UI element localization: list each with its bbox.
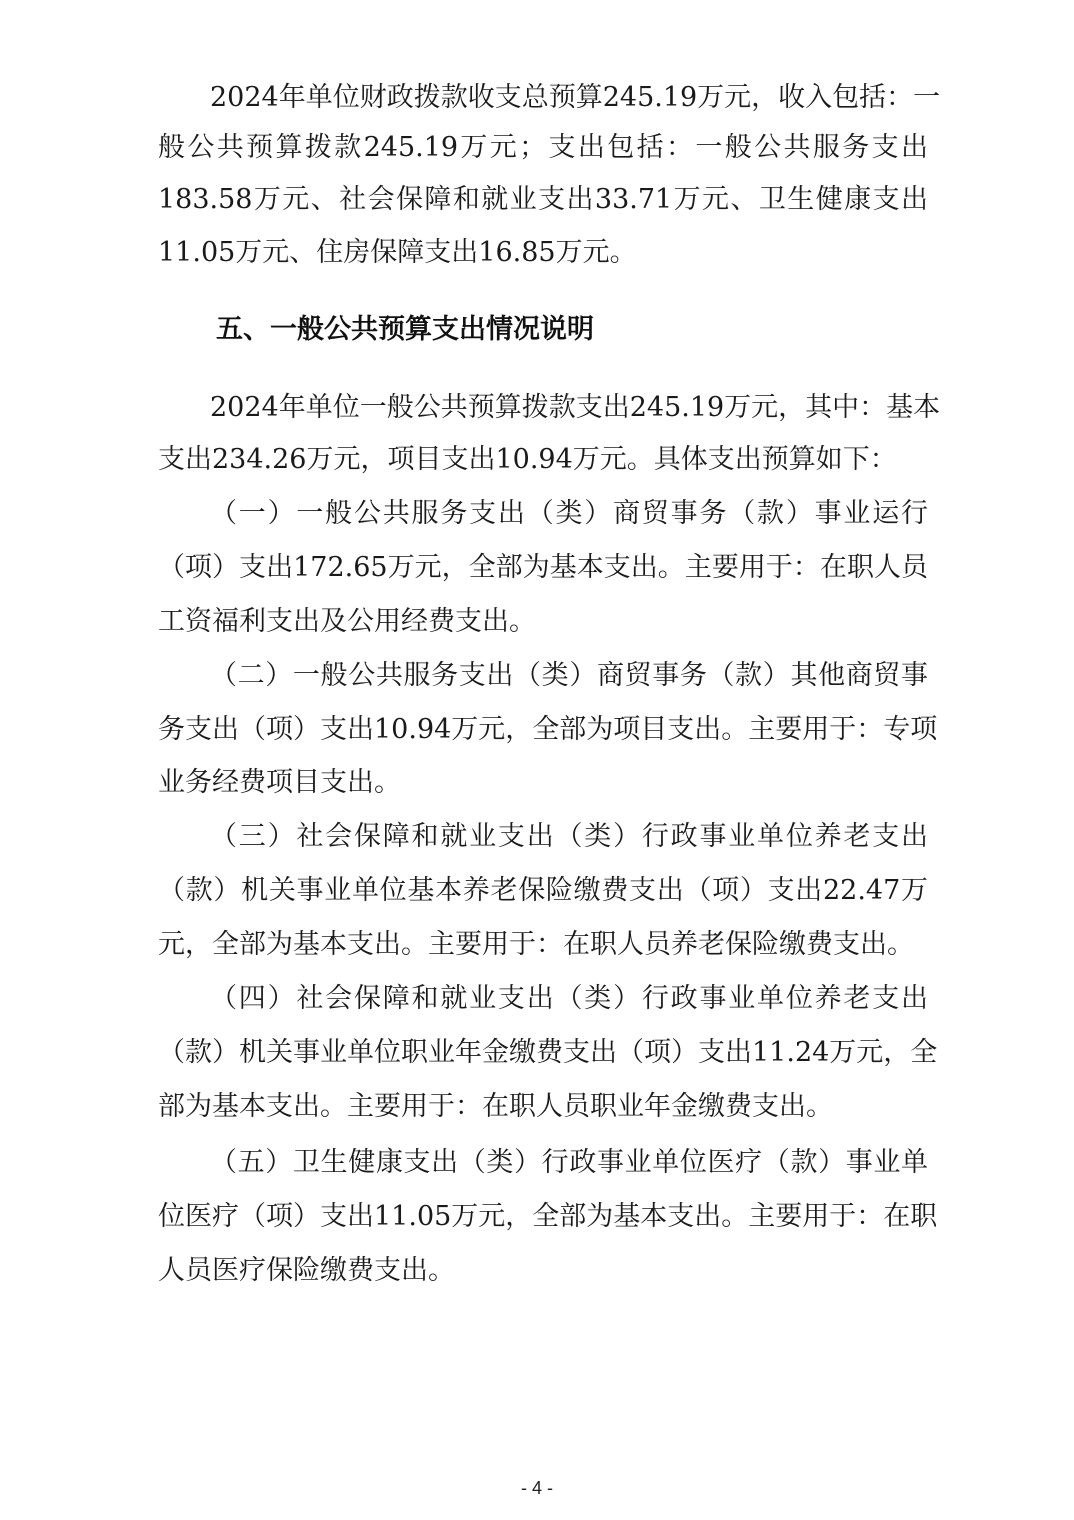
text-line: （款）机关事业单位职业年金缴费支出（项）支出11.24万元，全 <box>158 1033 928 1073</box>
text-line: （一）一般公共服务支出（类）商贸事务（款）事业运行 <box>210 494 928 534</box>
text-line: （二）一般公共服务支出（类）商贸事务（款）其他商贸事 <box>210 656 928 696</box>
section-heading: 五、一般公共预算支出情况说明 <box>216 310 594 350</box>
text-line: 11.05万元、住房保障支出16.85万元。 <box>158 233 928 273</box>
text-line: 支出234.26万元，项目支出10.94万元。具体支出预算如下： <box>158 440 928 480</box>
text-line: （款）机关事业单位基本养老保险缴费支出（项）支出22.47万 <box>158 871 928 911</box>
text-line: （三）社会保障和就业支出（类）行政事业单位养老支出 <box>210 817 928 857</box>
text-line: 2024年单位财政拨款收支总预算245.19万元，收入包括：一 <box>210 78 928 118</box>
document-page: 2024年单位财政拨款收支总预算245.19万元，收入包括：一 般公共预算拨款2… <box>0 0 1074 1520</box>
text-line: 务支出（项）支出10.94万元，全部为项目支出。主要用于：专项 <box>158 710 928 750</box>
text-line: 183.58万元、社会保障和就业支出33.71万元、卫生健康支出 <box>158 180 928 220</box>
text-line: 般公共预算拨款245.19万元；支出包括：一般公共服务支出 <box>158 128 928 168</box>
text-line: （项）支出172.65万元，全部为基本支出。主要用于：在职人员 <box>158 548 928 588</box>
page-number: - 4 - <box>0 1478 1074 1499</box>
text-line: （四）社会保障和就业支出（类）行政事业单位养老支出 <box>210 979 928 1019</box>
text-line: 位医疗（项）支出11.05万元，全部为基本支出。主要用于：在职 <box>158 1197 928 1237</box>
text-line: 人员医疗保险缴费支出。 <box>158 1251 928 1291</box>
text-line: 业务经费项目支出。 <box>158 763 928 803</box>
text-line: 工资福利支出及公用经费支出。 <box>158 602 928 642</box>
text-line: 2024年单位一般公共预算拨款支出245.19万元，其中：基本 <box>210 388 928 428</box>
text-line: （五）卫生健康支出（类）行政事业单位医疗（款）事业单 <box>210 1143 928 1183</box>
text-line: 元，全部为基本支出。主要用于：在职人员养老保险缴费支出。 <box>158 925 928 965</box>
text-line: 部为基本支出。主要用于：在职人员职业年金缴费支出。 <box>158 1087 928 1127</box>
